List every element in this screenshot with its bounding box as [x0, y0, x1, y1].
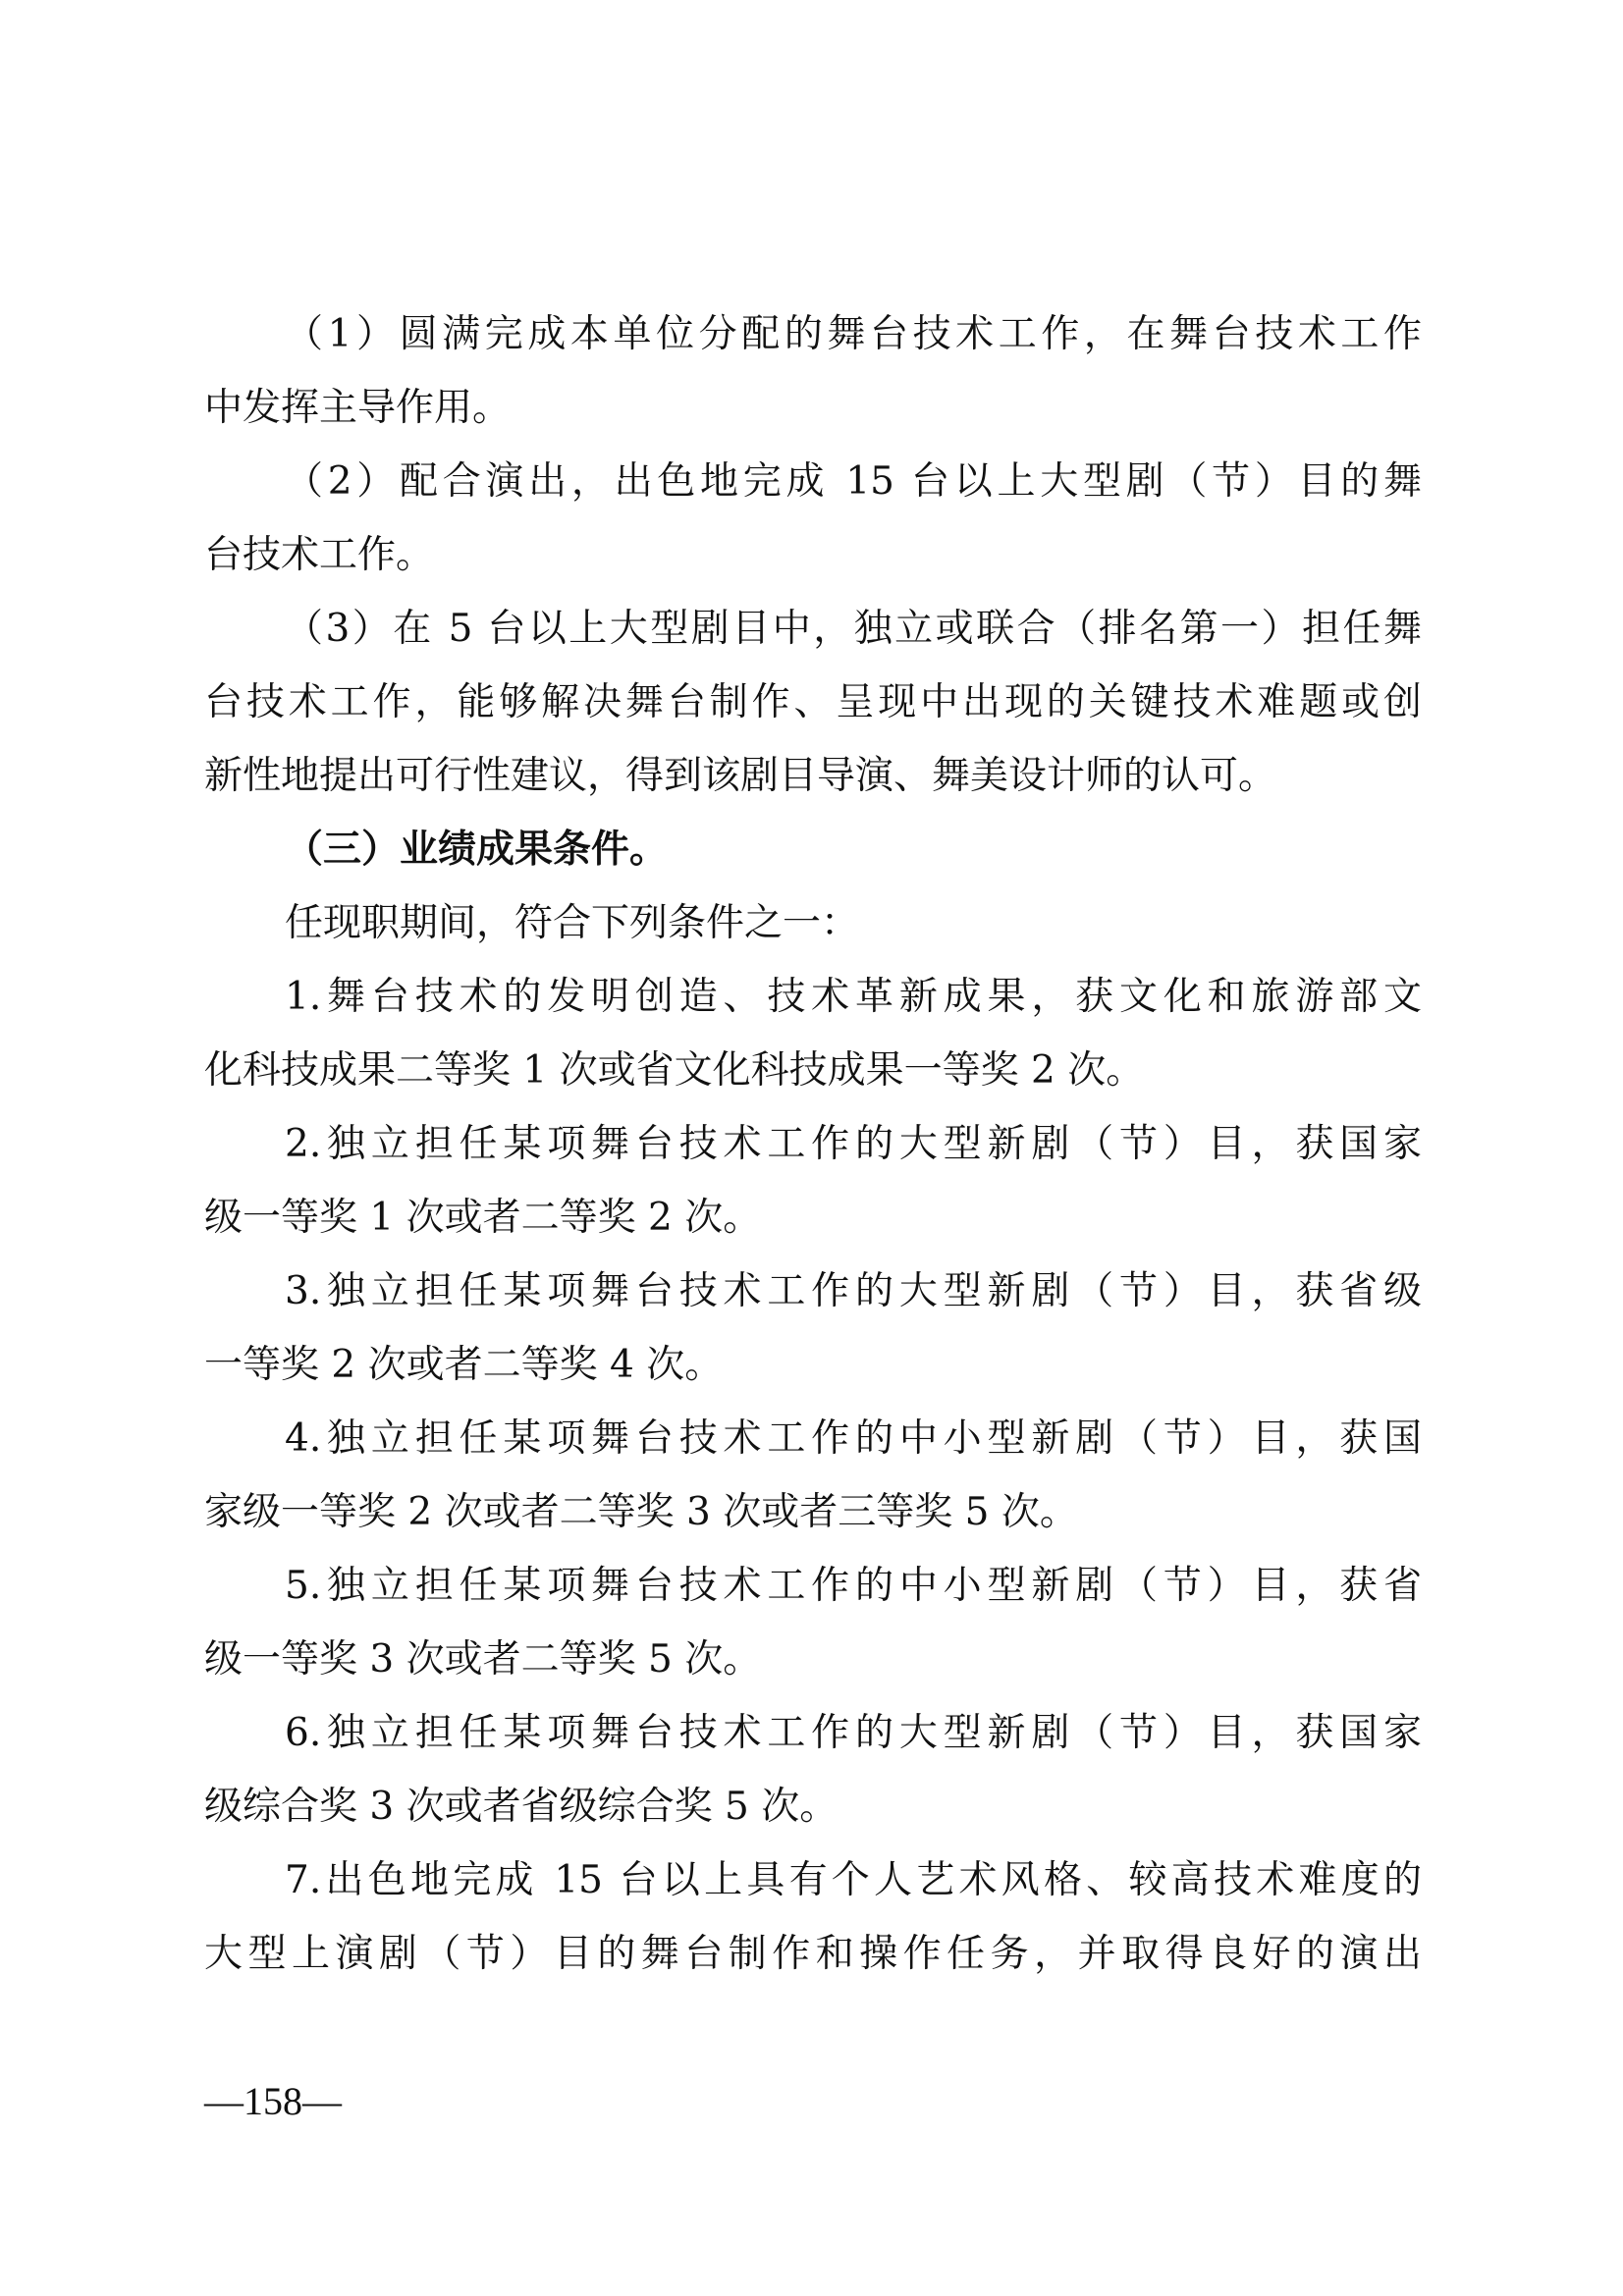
page-number: —158—	[204, 2077, 342, 2126]
text-line: （2）配合演出，出色地完成 15 台以上大型剧（节）目的舞	[285, 445, 1422, 518]
text-line: 台技术工作。	[204, 518, 1422, 592]
text-line: 台技术工作，能够解决舞台制作、呈现中出现的关键技术难题或创	[204, 666, 1422, 739]
text-line: 新性地提出可行性建议，得到该剧目导演、舞美设计师的认可。	[204, 739, 1422, 813]
text-line: 级综合奖 3 次或者省级综合奖 5 次。	[204, 1770, 1422, 1843]
text-line: 化科技成果二等奖 1 次或省文化科技成果一等奖 2 次。	[204, 1034, 1422, 1107]
text-line: （1）圆满完成本单位分配的舞台技术工作，在舞台技术工作	[285, 297, 1422, 371]
text-line: 级一等奖 3 次或者二等奖 5 次。	[204, 1623, 1422, 1696]
text-line: 7.出色地完成 15 台以上具有个人艺术风格、较高技术难度的	[285, 1843, 1422, 1917]
text-line: 1.舞台技术的发明创造、技术革新成果，获文化和旅游部文	[285, 960, 1422, 1034]
text-line: 4.独立担任某项舞台技术工作的中小型新剧（节）目，获国	[285, 1402, 1422, 1475]
section-heading: （三）业绩成果条件。	[285, 813, 1422, 886]
text-line: 2.独立担任某项舞台技术工作的大型新剧（节）目，获国家	[285, 1107, 1422, 1181]
text-line: 一等奖 2 次或者二等奖 4 次。	[204, 1328, 1422, 1402]
text-line: 级一等奖 1 次或者二等奖 2 次。	[204, 1181, 1422, 1255]
text-line: 中发挥主导作用。	[204, 371, 1422, 445]
text-line: 家级一等奖 2 次或者二等奖 3 次或者三等奖 5 次。	[204, 1475, 1422, 1549]
document-page: （1）圆满完成本单位分配的舞台技术工作，在舞台技术工作 中发挥主导作用。 （2）…	[0, 0, 1623, 2296]
text-line: 3.独立担任某项舞台技术工作的大型新剧（节）目，获省级	[285, 1255, 1422, 1328]
text-line: 5.独立担任某项舞台技术工作的中小型新剧（节）目，获省	[285, 1549, 1422, 1623]
text-line: 大型上演剧（节）目的舞台制作和操作任务，并取得良好的演出	[204, 1917, 1422, 1991]
text-line: 任现职期间，符合下列条件之一：	[285, 886, 1422, 960]
text-line: （3）在 5 台以上大型剧目中，独立或联合（排名第一）担任舞	[285, 592, 1422, 666]
text-line: 6.独立担任某项舞台技术工作的大型新剧（节）目，获国家	[285, 1696, 1422, 1770]
